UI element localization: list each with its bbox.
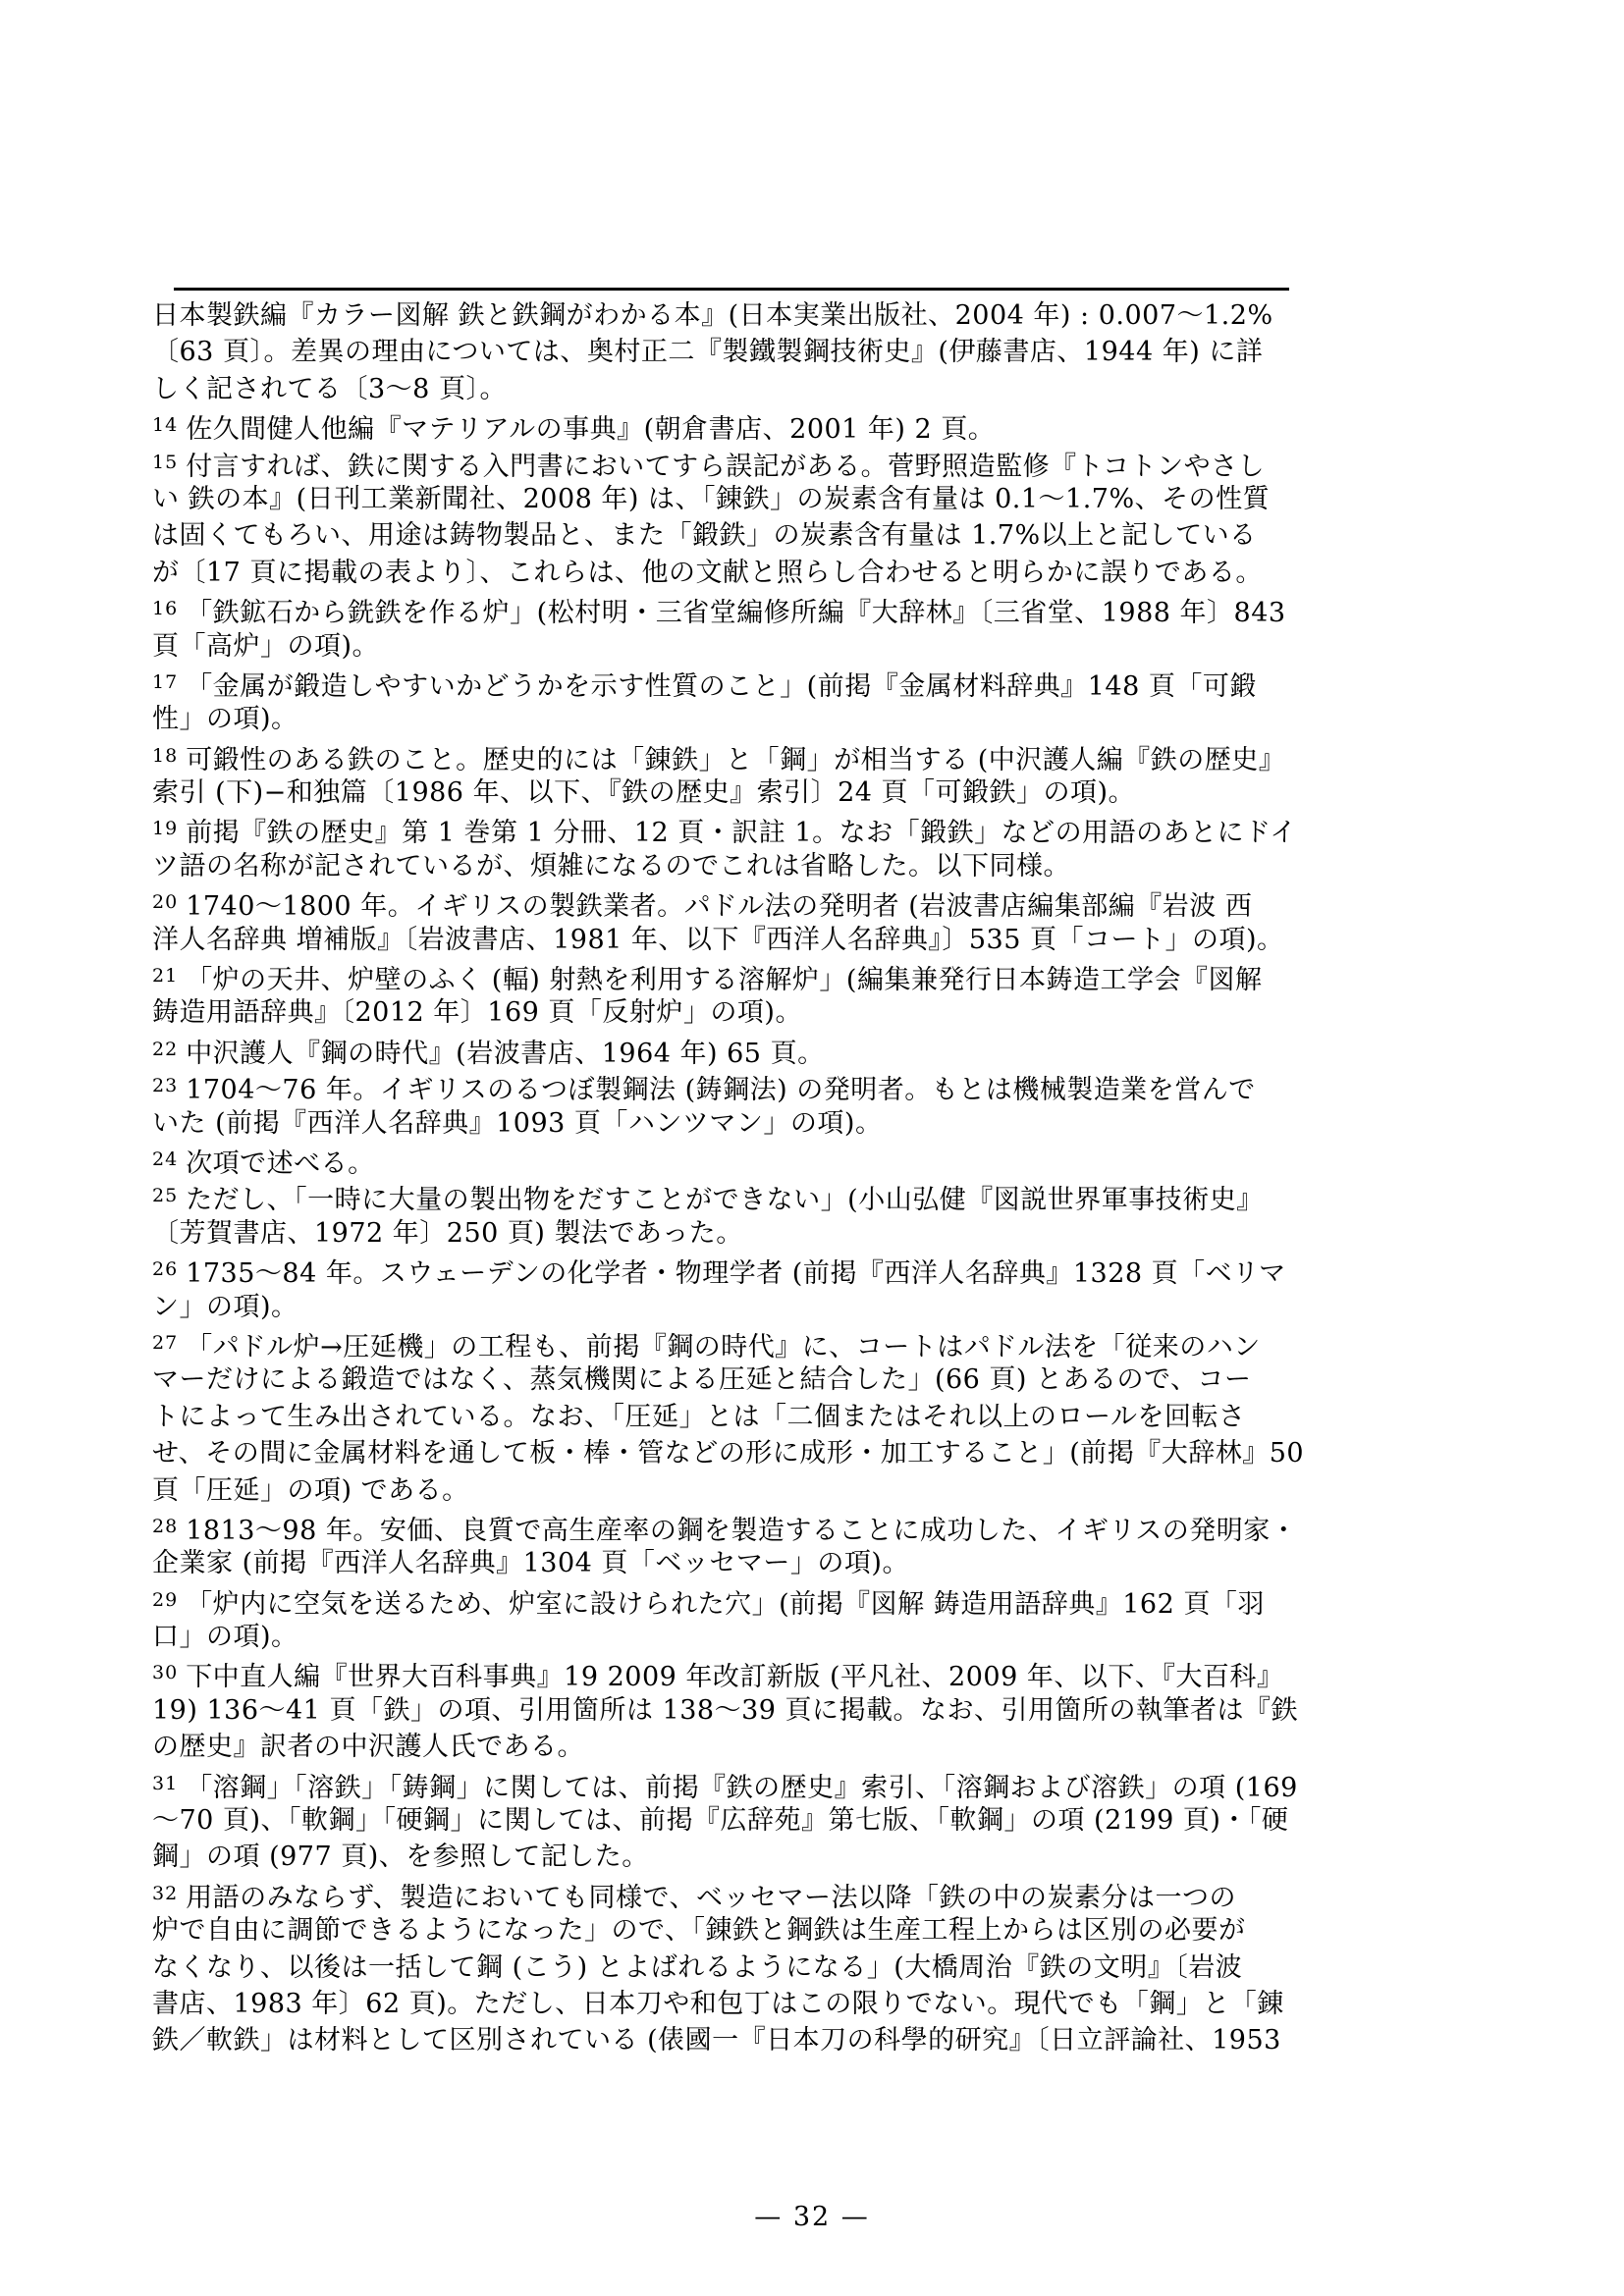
footnote-line: の歴史』訳者の中沢護人氏である。 <box>152 1729 1389 1765</box>
footnote-item: 15付言すれば、鉄に関する入門書においてすら誤記がある。菅野照造監修『トコトンや… <box>152 445 1389 592</box>
footnote-line: 頁「高炉」の項)。 <box>152 628 1389 665</box>
footnote-line: マーだけによる鍛造ではなく、蒸気機関による圧延と結合した」(66 頁) とあるの… <box>152 1362 1389 1398</box>
footnote-line: 18可鍛性のある鉄のこと。歴史的には「錬鉄」と「鋼」が相当する (中沢護人編『鉄… <box>152 738 1389 774</box>
footnote-number: 32 <box>152 1876 178 1912</box>
footnote-line: 201740～1800 年。イギリスの製鉄業者。パドル法の発明者 (岩波書店編集… <box>152 884 1389 921</box>
footnote-item: 27「パドル炉→圧延機」の工程も、前掲『鋼の時代』に、コートはパドル法を「従来の… <box>152 1325 1389 1509</box>
page-number: — 32 — <box>0 2202 1624 2232</box>
footnote-number: 17 <box>152 665 178 701</box>
footnote-line: 231704～76 年。イギリスのるつぼ製鋼法 (鋳鋼法) の発明者。もとは機械… <box>152 1068 1389 1104</box>
footnote-item: 32用語のみならず、製造においても同様で、ベッセマー法以降「鉄の中の炭素分は一つ… <box>152 1876 1389 2059</box>
footnote-item: 201740～1800 年。イギリスの製鉄業者。パドル法の発明者 (岩波書店編集… <box>152 884 1389 958</box>
footnote-line: 29「炉内に空気を送るため、炉室に設けられた穴」(前掲『図解 鋳造用語辞典』16… <box>152 1582 1389 1619</box>
footnote-item: 日本製鉄編『カラー図解 鉄と鉄鋼がわかる本』(日本実業出版社、2004 年) :… <box>152 297 1389 407</box>
footnote-line: 〔芳賀書店、1972 年〕250 頁) 製法であった。 <box>152 1215 1389 1252</box>
footnote-line: 鉄／軟鉄」は材料として区別されている (俵國一『日本刀の科學的研究』〔日立評論社… <box>152 2022 1389 2058</box>
footnote-line: が〔17 頁に掲載の表より〕、これらは、他の文献と照らし合わせると明らかに誤りで… <box>152 555 1389 591</box>
footnote-line: 32用語のみならず、製造においても同様で、ベッセマー法以降「鉄の中の炭素分は一つ… <box>152 1876 1389 1912</box>
footnote-line: 261735～84 年。スウェーデンの化学者・物理学者 (前掲『西洋人名辞典』1… <box>152 1252 1389 1288</box>
footnotes-section: 日本製鉄編『カラー図解 鉄と鉄鋼がわかる本』(日本実業出版社、2004 年) :… <box>152 297 1389 2059</box>
footnote-item: 16「鉄鉱石から銑鉄を作る炉」(松村明・三省堂編修所編『大辞林』〔三省堂、198… <box>152 591 1389 665</box>
footnote-line: ～70 頁)、「軟鋼」「硬鋼」に関しては、前掲『広辞苑』第七版、「軟鋼」の項 (… <box>152 1802 1389 1839</box>
footnote-line: ン」の項)。 <box>152 1289 1389 1325</box>
footnote-number: 20 <box>152 884 178 921</box>
footnote-item: 30下中直人編『世界大百科事典』19 2009 年改訂新版 (平凡社、2009 … <box>152 1655 1389 1765</box>
footnote-line: いた (前掲『西洋人名辞典』1093 頁「ハンツマン」の項)。 <box>152 1105 1389 1142</box>
document-page: 日本製鉄編『カラー図解 鉄と鉄鋼がわかる本』(日本実業出版社、2004 年) :… <box>0 0 1624 2296</box>
footnote-line: せ、その間に金属材料を通して板・棒・管などの形に成形・加工すること」(前掲『大辞… <box>152 1435 1389 1471</box>
footnote-item: 281813～98 年。安価、良質で高生産率の鋼を製造することに成功した、イギリ… <box>152 1509 1389 1582</box>
footnote-item: 17「金属が鍛造しやすいかどうかを示す性質のこと」(前掲『金属材料辞典』148 … <box>152 665 1389 738</box>
footnote-item: 231704～76 年。イギリスのるつぼ製鋼法 (鋳鋼法) の発明者。もとは機械… <box>152 1068 1389 1142</box>
footnote-line: 鋳造用語辞典』〔2012 年〕169 頁「反射炉」の項)。 <box>152 994 1389 1031</box>
footnote-line: 洋人名辞典 増補版』〔岩波書店、1981 年、以下『西洋人名辞典』〕535 頁「… <box>152 922 1389 958</box>
footnote-line: 書店、1983 年〕62 頁)。ただし、日本刀や和包丁はこの限りでない。現代でも… <box>152 1986 1389 2022</box>
footnote-number: 25 <box>152 1178 178 1214</box>
footnote-number: 18 <box>152 738 178 774</box>
footnote-line: 企業家 (前掲『西洋人名辞典』1304 頁「ベッセマー」の項)。 <box>152 1545 1389 1581</box>
footnote-number: 14 <box>152 407 178 444</box>
footnote-number: 24 <box>152 1142 178 1178</box>
footnote-number: 30 <box>152 1655 178 1691</box>
footnote-item: 261735～84 年。スウェーデンの化学者・物理学者 (前掲『西洋人名辞典』1… <box>152 1252 1389 1325</box>
footnote-line: 25ただし、「一時に大量の製出物をだすことができない」(小山弘健『図説世界軍事技… <box>152 1178 1389 1214</box>
footnote-number: 19 <box>152 811 178 847</box>
footnote-number: 22 <box>152 1032 178 1068</box>
footnote-line: 21「炉の天井、炉壁のふく (輻) 射熱を利用する溶解炉」(編集兼発行日本鋳造工… <box>152 958 1389 994</box>
footnote-item: 18可鍛性のある鉄のこと。歴史的には「錬鉄」と「鋼」が相当する (中沢護人編『鉄… <box>152 738 1389 812</box>
footnote-number: 15 <box>152 445 178 481</box>
footnote-line: 性」の項)。 <box>152 701 1389 737</box>
footnote-line: ツ語の名称が記されているが、煩雑になるのでこれは省略した。以下同様。 <box>152 848 1389 884</box>
footnote-line: なくなり、以後は一括して鋼 (こう) とよばれるようになる」(大橋周治『鉄の文明… <box>152 1949 1389 1986</box>
footnote-line: 炉で自由に調節できるようになった」ので、「錬鉄と鋼鉄は生産工程上からは区別の必要… <box>152 1912 1389 1949</box>
footnote-line: 281813～98 年。安価、良質で高生産率の鋼を製造することに成功した、イギリ… <box>152 1509 1389 1545</box>
footnote-line: トによって生み出されている。なお、「圧延」とは「二個またはそれ以上のロールを回転… <box>152 1399 1389 1435</box>
footnote-line: 22中沢護人『鋼の時代』(岩波書店、1964 年) 65 頁。 <box>152 1032 1389 1068</box>
footnote-line: 鋼」の項 (977 頁)、を参照して記した。 <box>152 1839 1389 1875</box>
footnote-line: 索引 (下)−和独篇〔1986 年、以下、『鉄の歴史』索引〕24 頁「可鍛鉄」の… <box>152 774 1389 811</box>
footnote-line: 16「鉄鉱石から銑鉄を作る炉」(松村明・三省堂編修所編『大辞林』〔三省堂、198… <box>152 591 1389 627</box>
footnote-number: 16 <box>152 591 178 627</box>
footnote-line: 14佐久間健人他編『マテリアルの事典』(朝倉書店、2001 年) 2 頁。 <box>152 407 1389 444</box>
footnote-item: 22中沢護人『鋼の時代』(岩波書店、1964 年) 65 頁。 <box>152 1032 1389 1068</box>
footnote-item: 19前掲『鉄の歴史』第 1 巻第 1 分冊、12 頁・訳註 1。なお「鍛鉄」など… <box>152 811 1389 884</box>
footnote-line: い 鉄の本』(日刊工業新聞社、2008 年) は、「錬鉄」の炭素含有量は 0.1… <box>152 481 1389 517</box>
footnote-number: 28 <box>152 1509 178 1545</box>
footnote-number: 31 <box>152 1766 178 1802</box>
footnote-item: 14佐久間健人他編『マテリアルの事典』(朝倉書店、2001 年) 2 頁。 <box>152 407 1389 444</box>
footnote-line: 19) 136～41 頁「鉄」の項、引用箇所は 138～39 頁に掲載。なお、引… <box>152 1692 1389 1729</box>
footnote-line: は固くてもろい、用途は鋳物製品と、また「鍛鉄」の炭素含有量は 1.7%以上と記し… <box>152 517 1389 554</box>
footnote-line: 15付言すれば、鉄に関する入門書においてすら誤記がある。菅野照造監修『トコトンや… <box>152 445 1389 481</box>
footnote-item: 31「溶鋼」「溶鉄」「鋳鋼」に関しては、前掲『鉄の歴史』索引、「溶鋼および溶鉄」… <box>152 1766 1389 1876</box>
footnote-line: 頁「圧延」の項) である。 <box>152 1472 1389 1509</box>
footnote-number: 29 <box>152 1582 178 1619</box>
footnote-item: 29「炉内に空気を送るため、炉室に設けられた穴」(前掲『図解 鋳造用語辞典』16… <box>152 1582 1389 1656</box>
footnote-line: しく記されてる〔3～8 頁〕。 <box>152 371 1389 407</box>
footnote-item: 24次項で述べる。 <box>152 1142 1389 1178</box>
footnote-line: 日本製鉄編『カラー図解 鉄と鉄鋼がわかる本』(日本実業出版社、2004 年) :… <box>152 297 1389 334</box>
footnote-line: 19前掲『鉄の歴史』第 1 巻第 1 分冊、12 頁・訳註 1。なお「鍛鉄」など… <box>152 811 1389 847</box>
footnote-item: 25ただし、「一時に大量の製出物をだすことができない」(小山弘健『図説世界軍事技… <box>152 1178 1389 1252</box>
footnote-line: 17「金属が鍛造しやすいかどうかを示す性質のこと」(前掲『金属材料辞典』148 … <box>152 665 1389 701</box>
footnote-item: 21「炉の天井、炉壁のふく (輻) 射熱を利用する溶解炉」(編集兼発行日本鋳造工… <box>152 958 1389 1032</box>
footnote-number: 21 <box>152 958 178 994</box>
footnote-line: 24次項で述べる。 <box>152 1142 1389 1178</box>
footnote-rule <box>174 288 1289 291</box>
footnote-number: 26 <box>152 1252 178 1288</box>
footnote-line: 〔63 頁〕。差異の理由については、奥村正二『製鐵製鋼技術史』(伊藤書店、194… <box>152 334 1389 370</box>
footnote-line: 31「溶鋼」「溶鉄」「鋳鋼」に関しては、前掲『鉄の歴史』索引、「溶鋼および溶鉄」… <box>152 1766 1389 1802</box>
footnote-number: 27 <box>152 1325 178 1362</box>
footnote-line: 27「パドル炉→圧延機」の工程も、前掲『鋼の時代』に、コートはパドル法を「従来の… <box>152 1325 1389 1362</box>
footnote-line: 30下中直人編『世界大百科事典』19 2009 年改訂新版 (平凡社、2009 … <box>152 1655 1389 1691</box>
footnote-number: 23 <box>152 1068 178 1104</box>
footnote-line: 口」の項)。 <box>152 1619 1389 1655</box>
